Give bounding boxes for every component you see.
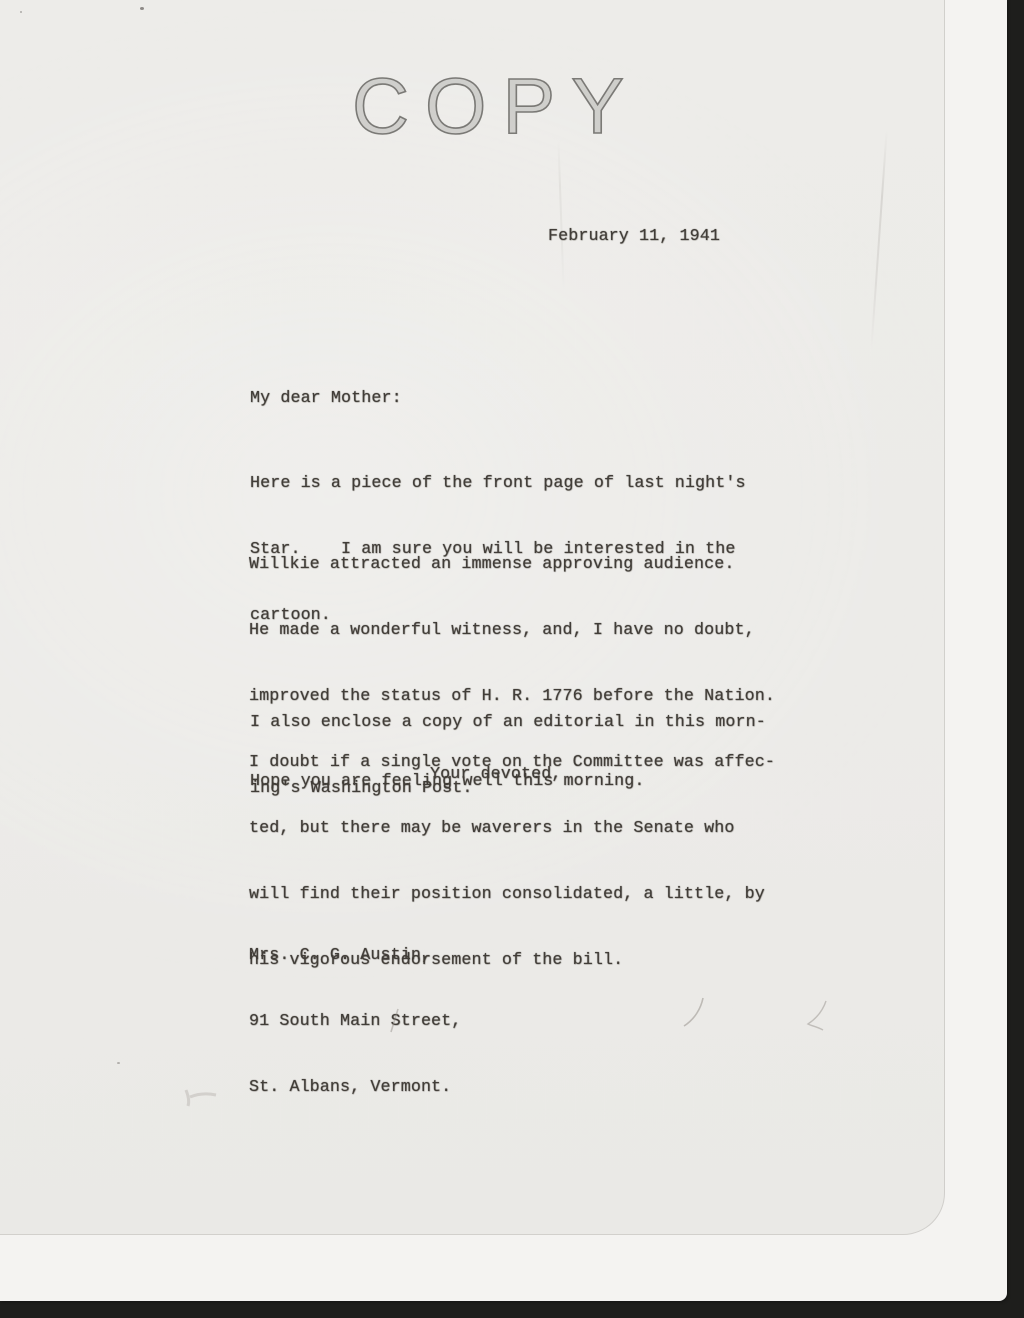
text-line: He made a wonderful witness, and, I have… <box>249 620 775 642</box>
paper-speck <box>140 7 144 10</box>
copy-stamp: COPY <box>352 66 640 145</box>
paper-speck <box>117 1062 120 1064</box>
letter-date: February 11, 1941 <box>548 226 720 248</box>
scanned-letter-page: COPY February 11, 1941 My dear Mother: H… <box>0 0 1024 1318</box>
paper-speck <box>20 11 22 13</box>
address-line: St. Albans, Vermont. <box>249 1077 461 1099</box>
paper-crease <box>870 130 887 350</box>
text-line: Here is a piece of the front page of las… <box>250 473 746 495</box>
address-line: Mrs. C. G. Austin, <box>249 945 461 967</box>
recipient-address: Mrs. C. G. Austin, 91 South Main Street,… <box>249 901 461 1143</box>
salutation: My dear Mother: <box>250 388 402 410</box>
paper-crease <box>557 140 564 290</box>
text-line: Willkie attracted an immense approving a… <box>249 554 775 576</box>
closing: Your devoted, <box>430 764 561 786</box>
letter-sheet: COPY February 11, 1941 My dear Mother: H… <box>0 0 945 1235</box>
address-line: 91 South Main Street, <box>249 1011 461 1033</box>
